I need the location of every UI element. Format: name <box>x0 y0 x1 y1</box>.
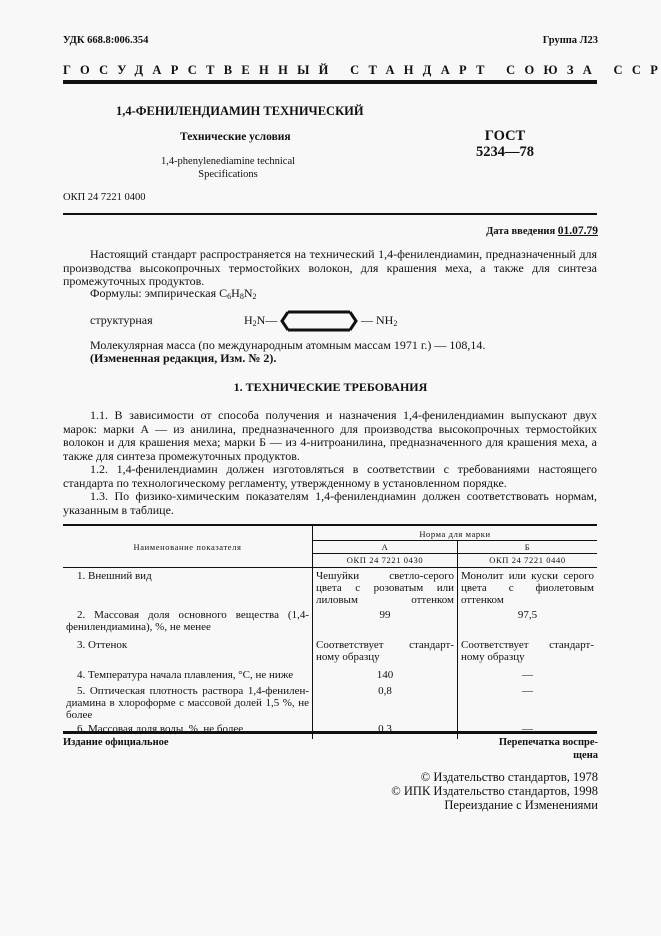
formula-c: C <box>219 286 227 300</box>
copyright-1998: © ИПК Издательство стандартов, 1998 <box>391 784 598 798</box>
english-title-line1: 1,4-phenylenediamine technical <box>158 155 298 168</box>
row-name: 5. Оптическая плотность раствора 1,4-фен… <box>63 685 313 723</box>
structural-label: структурная <box>90 314 153 328</box>
benzene-ring-icon <box>280 308 360 334</box>
struct-nh-sub: 2 <box>393 319 397 328</box>
group-code: Группа Л23 <box>543 35 598 46</box>
reissue-note: Переиздание с Изменениями <box>391 798 598 812</box>
row-name: 3. Оттенок <box>63 639 313 669</box>
table-row: 4. Температура начала плавления, °С, не … <box>63 669 597 685</box>
english-title: 1,4-phenylenediamine technical Specifica… <box>158 155 298 181</box>
clause-1-3: 1.3. По физико-химическим показателям 1,… <box>63 490 597 517</box>
col-header-indicator: Наименование показателя <box>63 526 313 568</box>
official-edition: Издание официальное <box>63 737 169 748</box>
row-name: 4. Температура начала плавления, °С, не … <box>63 669 313 685</box>
row-value-a: Чешуйки светло-серого цвета с розоватым … <box>313 568 458 607</box>
copyright-1978: © Издательство стандартов, 1978 <box>391 770 598 784</box>
reprint-line1: Перепечатка воспре- <box>499 737 598 750</box>
row-value-a: 0,8 <box>313 685 458 723</box>
col-header-norm: Норма для марки <box>313 526 598 541</box>
row-value-b: 97,5 <box>458 606 598 639</box>
gost-designation: ГОСТ 5234—78 <box>470 128 540 160</box>
col-header-grade-a: А <box>313 541 458 554</box>
scope-paragraph: Настоящий стандарт распространяется на т… <box>63 248 597 289</box>
table-row: 5. Оптическая плотность раствора 1,4-фен… <box>63 685 597 723</box>
document-subtitle: Технические условия <box>180 131 291 143</box>
okp-code: ОКП 24 7221 0400 <box>63 192 146 203</box>
clause-1-1: 1.1. В зависимости от способа получения … <box>63 409 597 463</box>
empirical-formula: Формулы: эмпирическая C6H8N2 <box>90 287 257 304</box>
row-value-a: 140 <box>313 669 458 685</box>
intro-date: Дата введения 01.07.79 <box>486 225 598 237</box>
title-rule <box>63 213 597 215</box>
formula-n: N <box>244 286 253 300</box>
row-value-b: — <box>458 669 598 685</box>
reprint-line2: щена <box>499 750 598 763</box>
row-value-a: 99 <box>313 606 458 639</box>
structural-left-group: H2N— <box>244 314 277 331</box>
table-bottom-rule <box>63 731 597 734</box>
gost-label: ГОСТ <box>470 128 540 144</box>
col-header-okp-b: ОКП 24 7221 0440 <box>458 554 598 568</box>
udk-code: УДК 668.8:006.354 <box>63 35 148 46</box>
document-title: 1,4-ФЕНИЛЕНДИАМИН ТЕХНИЧЕСКИЙ <box>116 104 364 119</box>
col-header-grade-b: Б <box>458 541 598 554</box>
section-heading: 1. ТЕХНИЧЕСКИЕ ТРЕБОВАНИЯ <box>0 380 661 395</box>
row-name: 1. Внешний вид <box>63 568 313 607</box>
reprint-notice: Перепечатка воспре- щена <box>499 737 598 762</box>
formula-n-sub: 2 <box>253 292 257 301</box>
formula-h: H <box>231 286 240 300</box>
gost-number: 5234—78 <box>470 144 540 160</box>
struct-n: N— <box>257 313 278 327</box>
table-row: 2. Массовая доля основного вещества (1,4… <box>63 606 597 639</box>
intro-date-value: 01.07.79 <box>558 225 598 237</box>
col-header-okp-a: ОКП 24 7221 0430 <box>313 554 458 568</box>
intro-date-label: Дата введения <box>486 226 555 237</box>
state-standard-banner: ГОСУДАРСТВЕННЫЙ СТАНДАРТ СОЮЗА ССР <box>63 63 661 78</box>
clause-1-2: 1.2. 1,4-фенилендиамин должен изготовлят… <box>63 463 597 490</box>
english-title-line2: Specifications <box>158 168 298 181</box>
row-value-b: — <box>458 685 598 723</box>
row-name: 2. Массовая доля основного вещества (1,4… <box>63 606 313 639</box>
formula-label: Формулы: эмпирическая <box>90 286 216 300</box>
copyright-block: © Издательство стандартов, 1978 © ИПК Из… <box>391 770 598 812</box>
table-row: 3. Оттенок Соответствует стандарт-ному о… <box>63 639 597 669</box>
table-row: 1. Внешний вид Чешуйки светло-серого цве… <box>63 568 597 607</box>
row-value-b: Монолит или куски серого цвета с фиолето… <box>458 568 598 607</box>
row-value-a: Соответствует стандарт-ному образцу <box>313 639 458 669</box>
struct-h: H <box>244 313 253 327</box>
row-value-b: Соответствует стандарт-ному образцу <box>458 639 598 669</box>
structural-right-group: — NH2 <box>361 314 397 331</box>
struct-nh: — NH <box>361 313 393 327</box>
requirements-table: Наименование показателя Норма для марки … <box>63 526 597 739</box>
revision-note: (Измененная редакция, Изм. № 2). <box>90 352 276 366</box>
banner-rule <box>63 80 597 84</box>
